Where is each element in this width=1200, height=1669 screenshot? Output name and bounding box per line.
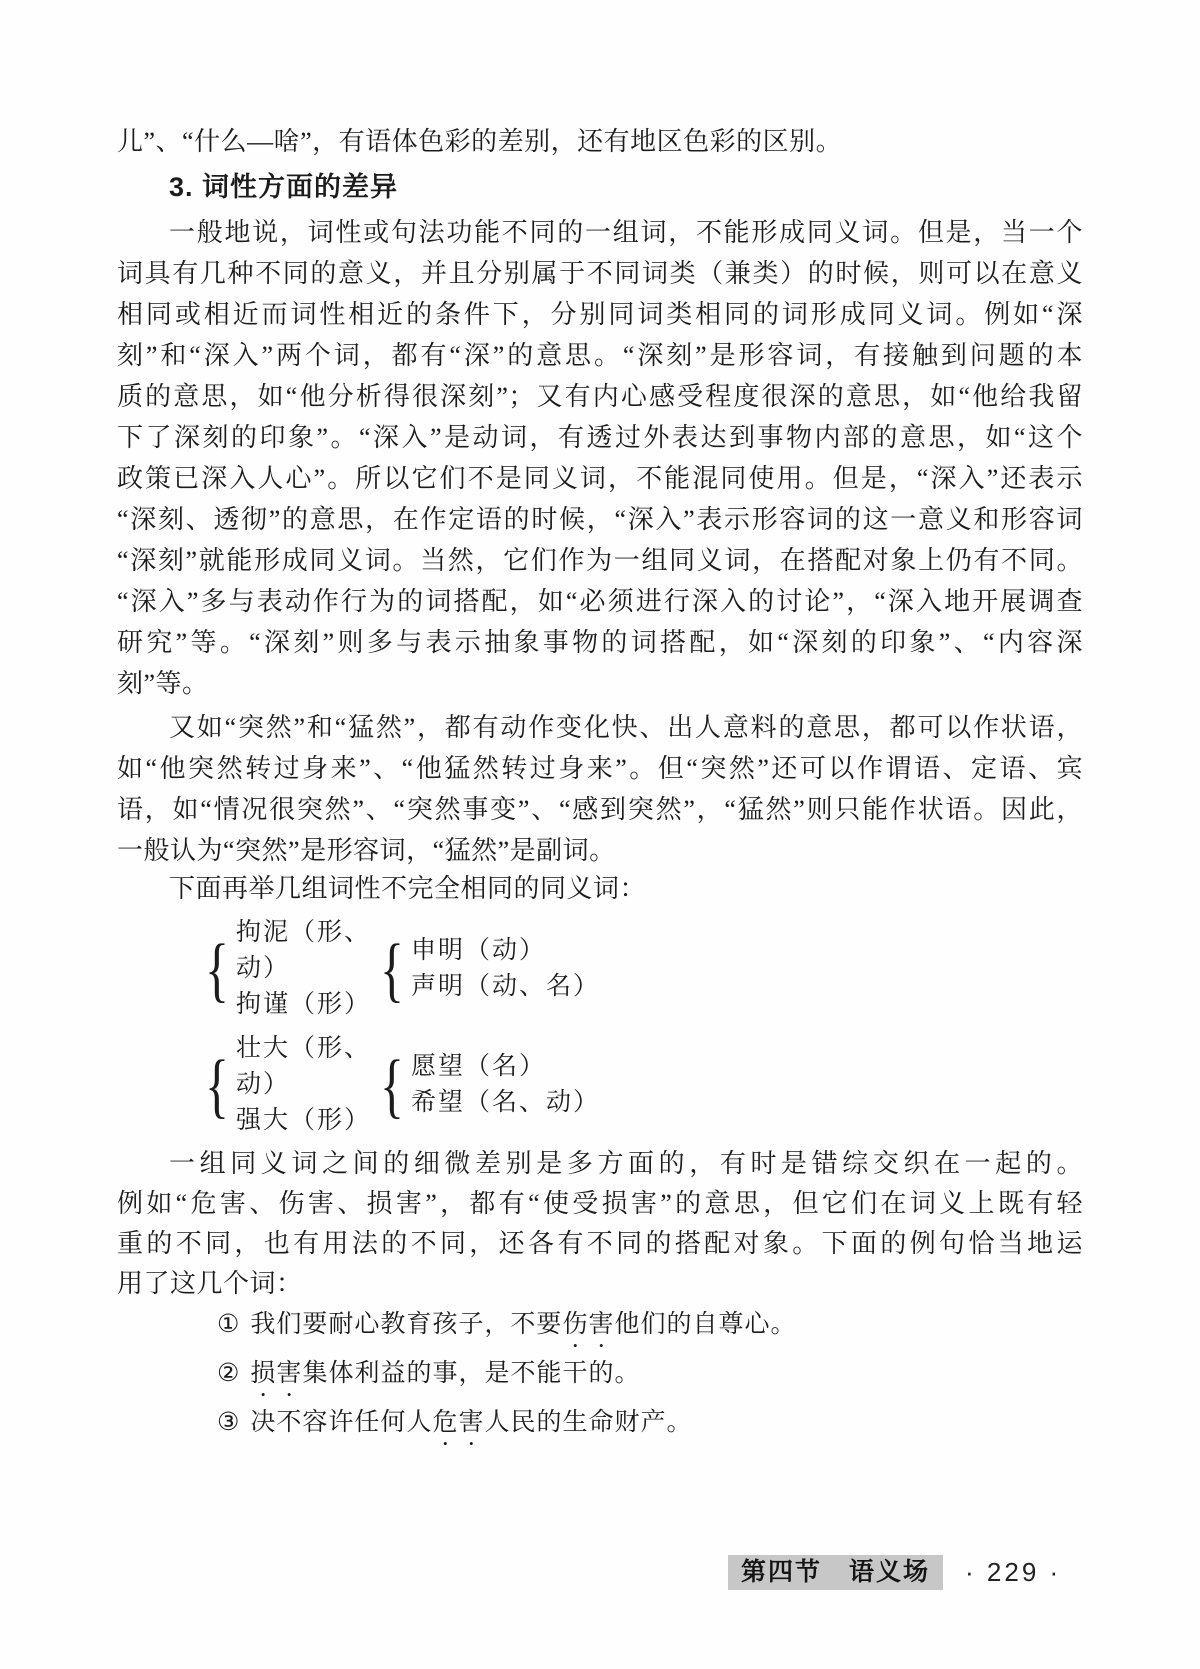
book-page: 儿”、“什么—啥”，有语体色彩的差别，还有地区色彩的区别。 3. 词性方面的差异… bbox=[0, 0, 1200, 1669]
body-text-line: 语，如“情况很突然”、“突然事变”、“感到突然”，“猛然”则只能作状语。因此， bbox=[117, 789, 1083, 830]
example-text-pre: 我们要耐心教育孩子，不要 bbox=[250, 1311, 562, 1338]
word-group-column: 愿望（名） 希望（名、动） bbox=[411, 1049, 600, 1121]
body-text-line: 重的不同，也有用法的不同，还各有不同的搭配对象。下面的例句恰当地运 bbox=[117, 1224, 1083, 1264]
body-text-line: “深入”多与表动作行为的词搭配，如“必须进行深入的讨论”，“深入地开展调查 bbox=[117, 581, 1083, 622]
emphasized-word: 危害 bbox=[432, 1409, 484, 1436]
word-group-top: 拘泥（形、动） bbox=[236, 915, 380, 987]
example-item: ③ 决不容许任何人危害人民的生命财产。 bbox=[217, 1402, 1083, 1451]
example-text: 我们要耐心教育孩子，不要伤害他们的自尊心。 bbox=[250, 1304, 796, 1353]
example-number: ③ bbox=[217, 1402, 240, 1451]
body-text-line: 刻”和“深入”两个词，都有“深”的意思。“深刻”是形容词，有接触到问题的本 bbox=[117, 335, 1083, 376]
curly-brace-icon: { bbox=[380, 1033, 404, 1137]
word-group-column: 壮大（形、动） 强大（形） bbox=[236, 1031, 380, 1139]
example-item: ② 损害集体利益的事，是不能干的。 bbox=[217, 1353, 1083, 1402]
body-text-line: 政策已深入人心”。所以它们不是同义词，不能混同使用。但是，“深入”还表示 bbox=[117, 458, 1083, 499]
page-content: 儿”、“什么—啥”，有语体色彩的差别，还有地区色彩的区别。 3. 词性方面的差异… bbox=[117, 121, 1083, 1451]
curly-brace-icon: { bbox=[380, 917, 404, 1021]
curly-brace-icon: { bbox=[205, 1033, 229, 1137]
word-group-bottom: 强大（形） bbox=[236, 1103, 380, 1139]
paragraph-shenke-shenru: 一般地说，词性或句法功能不同的一组词，不能形成同义词。但是，当一个 词具有几种不… bbox=[117, 212, 1083, 704]
word-group: { 申明（动） 声明（动、名） bbox=[380, 915, 1083, 1023]
example-text-post: 集体利益的事，是不能干的。 bbox=[302, 1360, 640, 1387]
curly-brace-icon: { bbox=[205, 917, 229, 1021]
example-number: ② bbox=[217, 1353, 240, 1402]
body-text-line: 相同或相近而词性相近的条件下，分别同词类相同的词形成同义词。例如“深 bbox=[117, 294, 1083, 335]
body-text-line: 刻”等。 bbox=[117, 663, 1083, 704]
body-text-line: 词具有几种不同的意义，并且分别属于不同词类（兼类）的时候，则可以在意义 bbox=[117, 253, 1083, 294]
body-text-line: 下了深刻的印象”。“深入”是动词，有透过外表达到事物内部的意思，如“这个 bbox=[117, 417, 1083, 458]
word-group-column: 拘泥（形、动） 拘谨（形） bbox=[236, 915, 380, 1023]
page-footer: 第四节 语义场 · 229 · bbox=[728, 1555, 1061, 1590]
emphasized-word: 损害 bbox=[250, 1360, 302, 1387]
page-number: · 229 · bbox=[965, 1557, 1061, 1588]
body-text-line: 一般认为“突然”是形容词，“猛然”是副词。 bbox=[117, 830, 1083, 871]
word-groups: { 拘泥（形、动） 拘谨（形） { 申明（动） 声明（动、名） { 壮大（形、动… bbox=[205, 915, 1083, 1139]
word-group-bottom: 希望（名、动） bbox=[411, 1085, 600, 1121]
body-text-line: 例如“危害、伤害、损害”，都有“使受损害”的意思，但它们在词义上既有轻 bbox=[117, 1184, 1083, 1224]
paragraph-weihai-shanghai-sunhai: 一组同义词之间的细微差别是多方面的，有时是错综交织在一起的。 例如“危害、伤害、… bbox=[117, 1144, 1083, 1304]
body-text-line: 一组同义词之间的细微差别是多方面的，有时是错综交织在一起的。 bbox=[117, 1144, 1083, 1184]
body-text-line: 儿”、“什么—啥”，有语体色彩的差别，还有地区色彩的区别。 bbox=[117, 121, 1083, 162]
body-text-line: “深刻、透彻”的意思，在作定语的时候，“深入”表示形容词的这一意义和形容词 bbox=[117, 499, 1083, 540]
paragraph-turan-mengran: 又如“突然”和“猛然”，都有动作变化快、出人意料的意思，都可以作状语， 如“他突… bbox=[117, 707, 1083, 871]
word-group-top: 申明（动） bbox=[411, 933, 600, 969]
footer-section-label: 第四节 语义场 bbox=[728, 1555, 943, 1590]
example-text: 损害集体利益的事，是不能干的。 bbox=[250, 1353, 640, 1402]
example-text-post: 人民的生命财产。 bbox=[484, 1409, 692, 1436]
body-text-line: 又如“突然”和“猛然”，都有动作变化快、出人意料的意思，都可以作状语， bbox=[117, 707, 1083, 748]
word-group-top: 愿望（名） bbox=[411, 1049, 600, 1085]
word-group: { 壮大（形、动） 强大（形） bbox=[205, 1031, 380, 1139]
section-heading: 3. 词性方面的差异 bbox=[117, 167, 1083, 208]
body-text-line: “深刻”就能形成同义词。当然，它们作为一组同义词，在搭配对象上仍有不同。 bbox=[117, 540, 1083, 581]
word-group: { 拘泥（形、动） 拘谨（形） bbox=[205, 915, 380, 1023]
body-text-line: 如“他突然转过身来”、“他猛然转过身来”。但“突然”还可以作谓语、定语、宾 bbox=[117, 748, 1083, 789]
example-sentences: ① 我们要耐心教育孩子，不要伤害他们的自尊心。 ② 损害集体利益的事，是不能干的… bbox=[217, 1304, 1083, 1451]
word-group-bottom: 拘谨（形） bbox=[236, 987, 380, 1023]
example-text: 决不容许任何人危害人民的生命财产。 bbox=[250, 1402, 692, 1451]
body-text-line: 用了这几个词： bbox=[117, 1264, 1083, 1304]
word-groups-intro-line: 下面再举几组词性不完全相同的同义词： bbox=[117, 868, 1083, 909]
example-text-post: 他们的自尊心。 bbox=[614, 1311, 796, 1338]
body-text-line: 质的意思，如“他分析得很深刻”；又有内心感受程度很深的意思，如“他给我留 bbox=[117, 376, 1083, 417]
body-text-line: 一般地说，词性或句法功能不同的一组词，不能形成同义词。但是，当一个 bbox=[117, 212, 1083, 253]
word-group-top: 壮大（形、动） bbox=[236, 1031, 380, 1103]
emphasized-word: 伤害 bbox=[562, 1311, 614, 1338]
example-number: ① bbox=[217, 1304, 240, 1353]
word-group-column: 申明（动） 声明（动、名） bbox=[411, 933, 600, 1005]
example-text-pre: 决不容许任何人 bbox=[250, 1409, 432, 1436]
word-group-bottom: 声明（动、名） bbox=[411, 969, 600, 1005]
word-group: { 愿望（名） 希望（名、动） bbox=[380, 1031, 1083, 1139]
body-text-line: 研究”等。“深刻”则多与表示抽象事物的词搭配，如“深刻的印象”、“内容深 bbox=[117, 622, 1083, 663]
example-item: ① 我们要耐心教育孩子，不要伤害他们的自尊心。 bbox=[217, 1304, 1083, 1353]
